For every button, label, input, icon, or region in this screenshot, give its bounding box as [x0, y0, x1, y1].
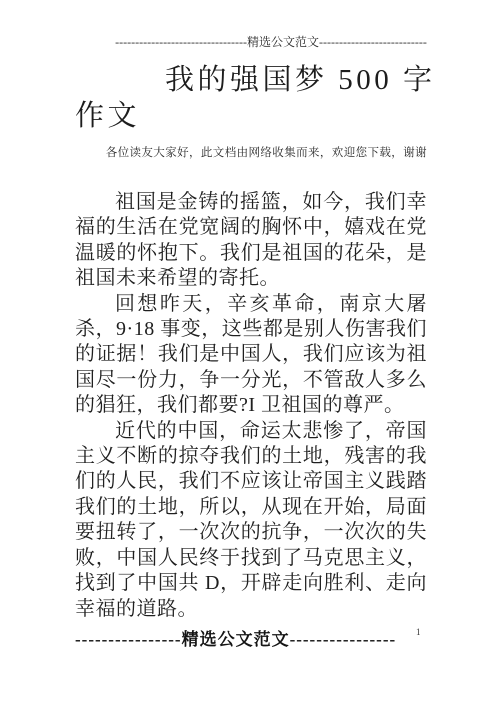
- header-band: ---------------------------------精选公文范文-…: [100, 35, 442, 50]
- document-page: ---------------------------------精选公文范文-…: [0, 0, 496, 702]
- body-paragraph: 近代的中国，命运太悲惨了，帝国主义不断的掠夺我们的土地，残害的我们的人民，我们不…: [75, 419, 427, 622]
- body-paragraph: 祖国是金铸的摇篮，如今，我们幸福的生活在党宽阔的胸怀中，嬉戏在党温暖的怀抱下。我…: [75, 190, 427, 292]
- footer-band: ----------------精选公文范文----------------: [75, 629, 396, 650]
- page-number: 1: [416, 627, 421, 637]
- document-body: 祖国是金铸的摇篮，如今，我们幸福的生活在党宽阔的胸怀中，嬉戏在党温暖的怀抱下。我…: [75, 190, 427, 622]
- body-paragraph: 回想昨天，辛亥革命，南京大屠杀，9·18 事变，这些都是别人伤害我们的证据！我们…: [75, 292, 427, 419]
- document-title: 我的强国梦 500 字作文: [75, 62, 447, 134]
- document-subtitle: 各位读友大家好，此文档由网络收集而来，欢迎您下载，谢谢: [75, 146, 427, 160]
